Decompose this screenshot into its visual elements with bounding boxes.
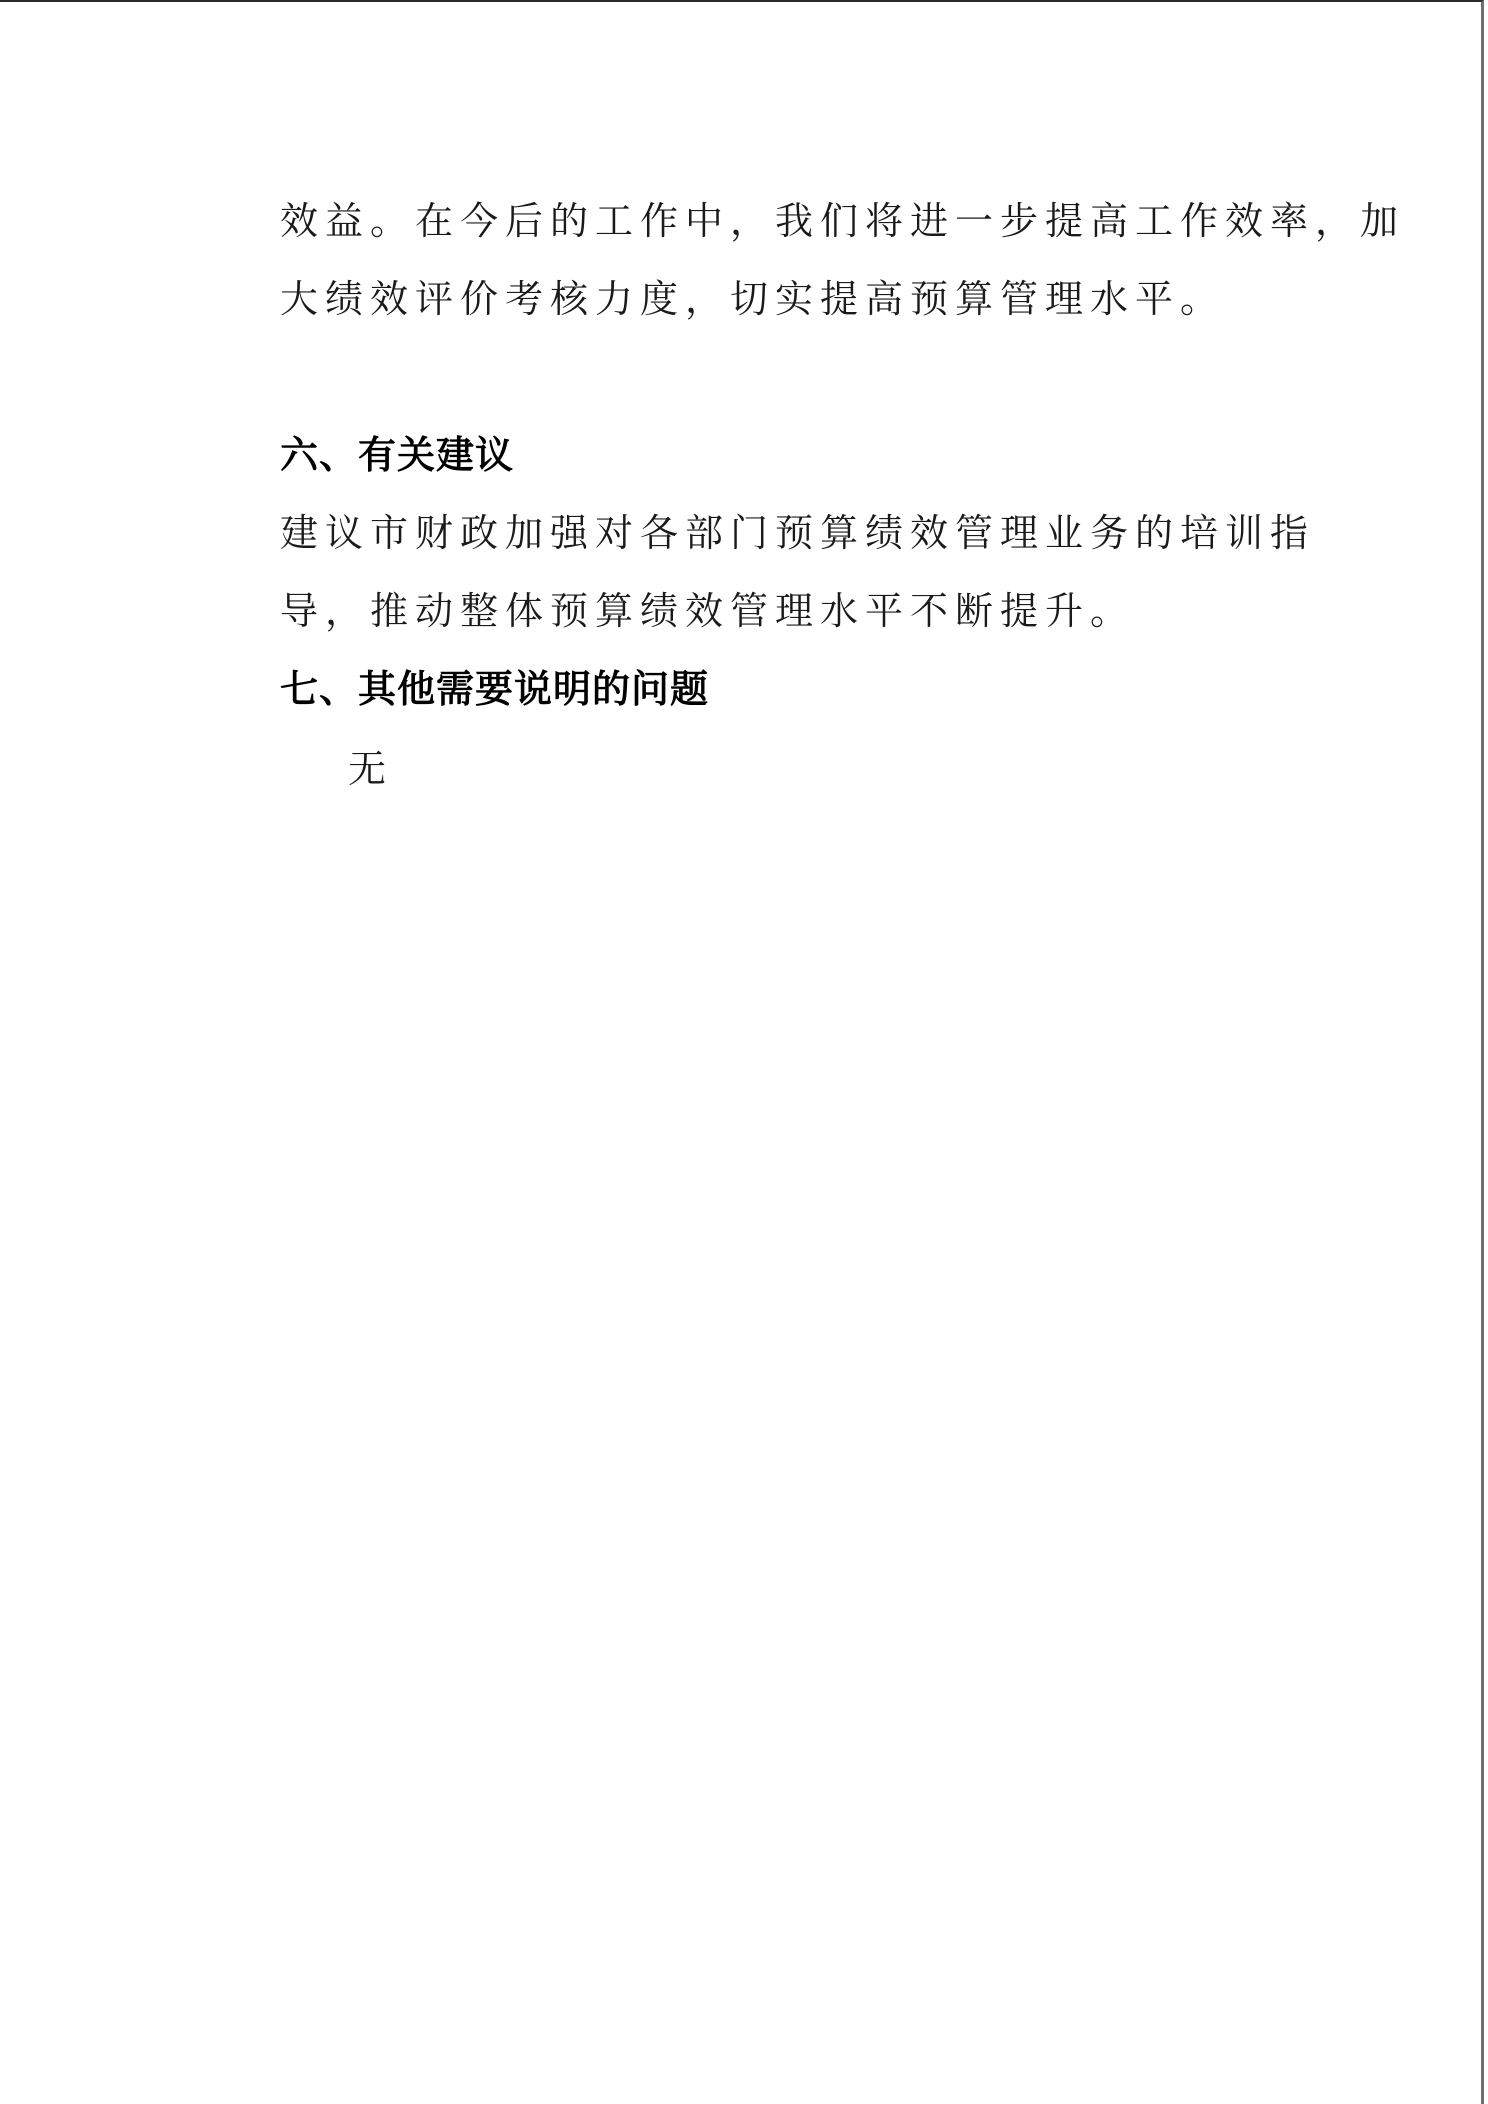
section-body-none: 无 — [348, 747, 393, 791]
document-page: 效益。在今后的工作中，我们将进一步提高工作效率，加 大绩效评价考核力度，切实提高… — [0, 0, 1484, 2104]
paragraph-line: 导，推动整体预算绩效管理水平不断提升。 — [280, 589, 1135, 633]
paragraph-line: 大绩效评价考核力度，切实提高预算管理水平。 — [280, 277, 1225, 321]
section-heading-suggestions: 六、有关建议 — [280, 433, 514, 477]
section-heading-other-issues: 七、其他需要说明的问题 — [280, 667, 709, 711]
paragraph-line: 效益。在今后的工作中，我们将进一步提高工作效率，加 — [280, 199, 1405, 243]
paragraph-line: 建议市财政加强对各部门预算绩效管理业务的培训指 — [280, 511, 1315, 555]
